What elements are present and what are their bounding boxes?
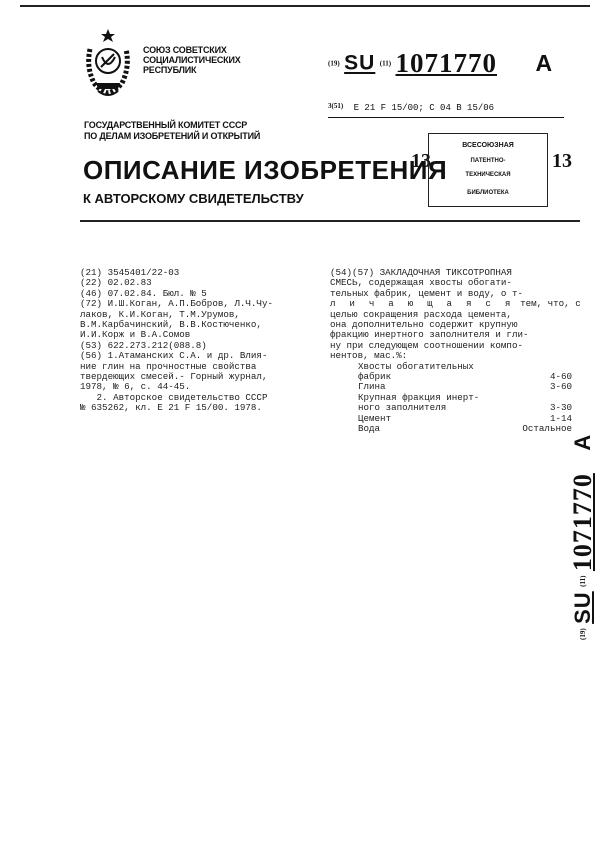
composition-row: ВодаОстальное [358, 424, 572, 434]
side-kind-code: A [570, 435, 595, 451]
number-code-label: (11) [380, 60, 391, 68]
stamp-line: ТЕХНИЧЕСКАЯ [429, 172, 547, 178]
side-patent-number-value: 1071770 [568, 473, 597, 571]
committee-line: ГОСУДАРСТВЕННЫЙ КОМИТЕТ СССР [84, 120, 260, 131]
biblio-line: № 635262, кл. E 21 F 15/00. 1978. [80, 403, 330, 413]
component-value: Остальное [522, 424, 572, 434]
document-subtitle: К АВТОРСКОМУ СВИДЕТЕЛЬСТВУ [83, 191, 304, 206]
library-stamp: ВСЕСОЮЗНАЯ ПАТЕНТНО- ТЕХНИЧЕСКАЯ БИБЛИОТ… [428, 133, 548, 207]
component-name: Вода [358, 424, 380, 434]
abstract-claim: (54)(57) ЗАКЛАДОЧНАЯ ТИКСОТРОПНАЯ СМЕСЬ,… [330, 268, 598, 435]
top-rule [20, 5, 590, 7]
composition-row: фабрик4-60 [358, 372, 572, 382]
stamp-line: БИБЛИОТЕКА [429, 190, 547, 196]
side-country-code: SU [570, 591, 595, 624]
committee-line: ПО ДЕЛАМ ИЗОБРЕТЕНИЙ И ОТКРЫТИЙ [84, 131, 260, 142]
side-patent-number: (19) SU (11) 1071770 A [568, 435, 598, 640]
patent-number-line: (19) SU (11) 1071770 A [328, 48, 552, 79]
stamp-side-number-right: 13 [552, 150, 572, 173]
distinguishing-phrase: л и ч а ю щ а я с я [330, 298, 515, 309]
ipc-code-label: 3(51) [328, 102, 343, 110]
committee-name: ГОСУДАРСТВЕННЫЙ КОМИТЕТ СССР ПО ДЕЛАМ ИЗ… [84, 120, 260, 142]
kind-code: A [535, 50, 552, 76]
document-title: ОПИСАНИЕ ИЗОБРЕТЕНИЯ [83, 155, 447, 186]
header-rule [80, 220, 580, 222]
ussr-state-emblem-icon [82, 27, 134, 99]
union-line: РЕСПУБЛИК [143, 65, 241, 75]
side-number-code-label: (11) [579, 576, 587, 587]
ipc-value: E 21 F 15/00; C 04 B 15/06 [354, 103, 494, 113]
ipc-classification: 3(51) E 21 F 15/00; C 04 B 15/06 [328, 97, 564, 118]
side-country-code-label: (19) [579, 628, 587, 640]
component-value: 3-60 [532, 382, 572, 392]
country-code-label: (19) [328, 60, 340, 68]
composition-table: Хвосты обогатительных фабрик4-60 Глина3-… [358, 362, 572, 435]
stamp-line: ВСЕСОЮЗНАЯ [429, 142, 547, 149]
union-line: СОЮЗ СОВЕТСКИХ [143, 45, 241, 55]
union-line: СОЦИАЛИСТИЧЕСКИХ [143, 55, 241, 65]
country-code: SU [344, 52, 375, 75]
union-name: СОЮЗ СОВЕТСКИХ СОЦИАЛИСТИЧЕСКИХ РЕСПУБЛИ… [143, 45, 241, 75]
stamp-line: ПАТЕНТНО- [429, 158, 547, 164]
patent-number: 1071770 [396, 48, 498, 78]
abstract-line-tail: тем, что, с [515, 298, 581, 309]
bibliographic-data: (21) 3545401/22-03 (22) 02.02.83 (46) 07… [80, 268, 330, 414]
